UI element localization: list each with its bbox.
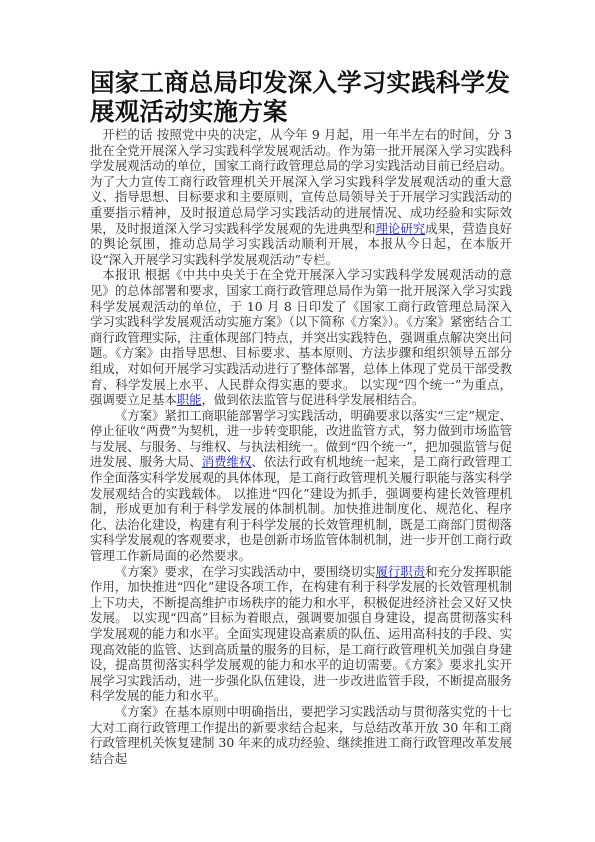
paragraph-text: 本报讯 根据《中共中央关于在全党开展深入学习实践科学发展观活动的意见》的总体部署…	[90, 267, 512, 407]
document-body: 开栏的话 按照党中央的决定，从今年 9 月起，用一年半左右的时间，分 3 批在全…	[90, 127, 512, 766]
paragraph-text: 《方案》在基本原则中明确指出，要把学习实践活动与贯彻落实党的十七大对工商行政管理…	[90, 704, 512, 766]
paragraph-four-unities: 《方案》紧扣工商职能部署学习实践活动，明确要求以落实“三定”规定、停止征收“两费…	[90, 408, 512, 564]
paragraph-text: 、依法行政有机地统一起来，是工商行政管理工作全面落实科学发展观的具体体现，是工商…	[90, 454, 512, 563]
link-functions[interactable]: 职能	[177, 392, 202, 407]
paragraph-basic-principles: 《方案》在基本原则中明确指出，要把学习实践活动与贯彻落实党的十七大对工商行政管理…	[90, 704, 512, 766]
paragraph-requirements: 《方案》要求，在学习实践活动中，要围绕切实履行职责和充分发挥职能作用，加快推进“…	[90, 564, 512, 704]
link-perform-duties[interactable]: 履行职责	[375, 564, 425, 579]
paragraph-text: 《方案》要求，在学习实践活动中，要围绕切实	[115, 564, 376, 579]
document-title: 国家工商总局印发深入学习实践科学发展观活动实施方案	[90, 68, 512, 126]
paragraph-text: 和充分发挥职能作用，加快推进“四化”建设各项工作，在构建有利于科学发展的长效管理…	[90, 564, 512, 704]
paragraph-text: ，做到依法监管与促进科学发展相结合。	[202, 392, 425, 407]
document-page: 国家工商总局印发深入学习实践科学发展观活动实施方案 开栏的话 按照党中央的决定，…	[90, 68, 512, 766]
link-consumer-rights[interactable]: 消费维权	[202, 454, 252, 469]
link-theory-research[interactable]: 理论研究	[376, 221, 426, 236]
paragraph-news-report: 本报讯 根据《中共中央关于在全党开展深入学习实践科学发展观活动的意见》的总体部署…	[90, 267, 512, 407]
paragraph-column-intro: 开栏的话 按照党中央的决定，从今年 9 月起，用一年半左右的时间，分 3 批在全…	[90, 127, 512, 267]
paragraph-text: 开栏的话 按照党中央的决定，从今年 9 月起，用一年半左右的时间，分 3 批在全…	[90, 127, 512, 236]
